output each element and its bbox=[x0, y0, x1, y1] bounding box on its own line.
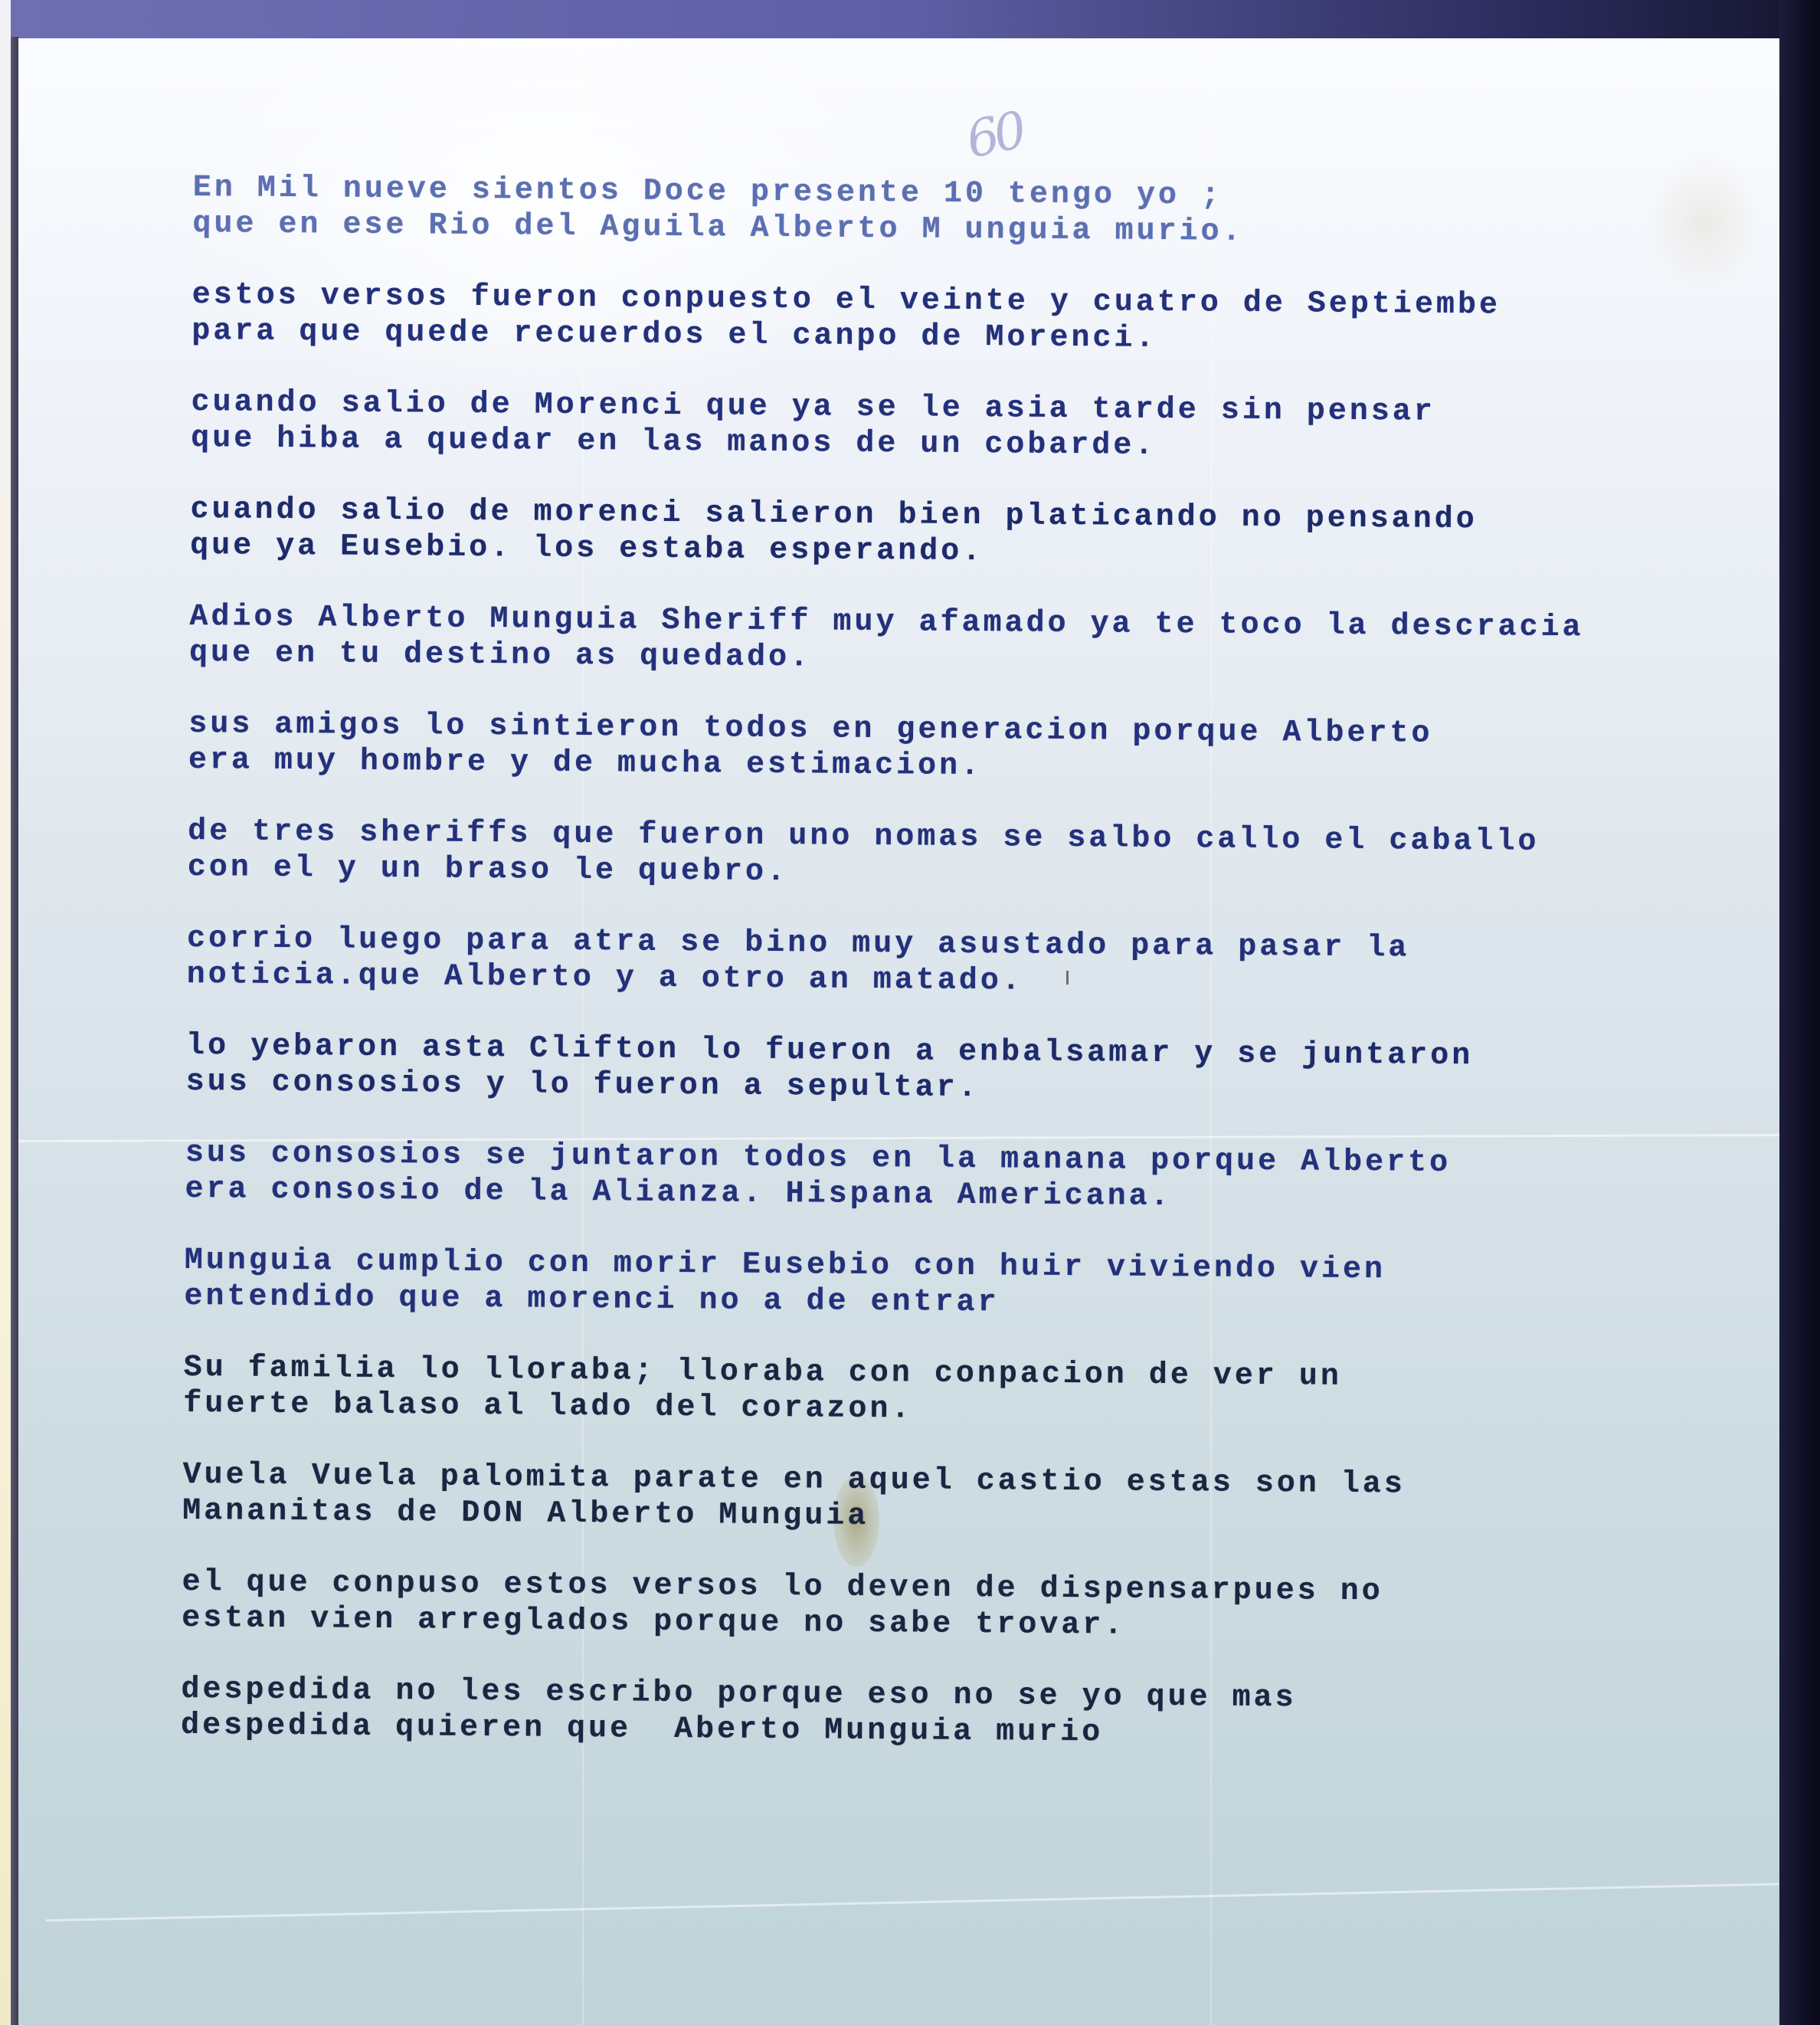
stray-typewriter-mark bbox=[1066, 971, 1069, 985]
background-right-frame bbox=[1779, 0, 1820, 2025]
stanza: estos versos fueron conpuesto el veinte … bbox=[191, 277, 1709, 362]
stanza: sus consosios se juntaron todos en la ma… bbox=[185, 1135, 1702, 1220]
stanza: En Mil nueve sientos Doce presente 10 te… bbox=[192, 170, 1710, 254]
stanza: corrio luego para atra se bino muy asust… bbox=[187, 921, 1704, 1005]
stanza: sus amigos lo sintieron todos en generac… bbox=[188, 706, 1706, 791]
stanza: cuando salio de morenci salieron bien pl… bbox=[190, 492, 1707, 576]
stanza: Su familia lo lloraba; lloraba con conpa… bbox=[183, 1350, 1701, 1434]
stanza: lo yebaron asta Clifton lo fueron a enba… bbox=[185, 1028, 1703, 1112]
stanza: Adios Alberto Munguia Sheriff muy afamad… bbox=[189, 599, 1707, 683]
typescript-verses: En Mil nueve sientos Doce presente 10 te… bbox=[181, 170, 1710, 1791]
stanza: Vuela Vuela palomita parate en aquel cas… bbox=[182, 1457, 1700, 1542]
stanza: de tres sheriffs que fueron uno nomas se… bbox=[188, 814, 1705, 898]
stanza: cuando salio de Morenci que ya se le asi… bbox=[191, 385, 1708, 469]
stanza: el que conpuso estos versos lo deven de … bbox=[182, 1565, 1699, 1649]
background-top-band bbox=[11, 0, 1820, 38]
stanza: despedida no les escribo porque eso no s… bbox=[181, 1672, 1698, 1756]
handwritten-page-number: 60 bbox=[961, 100, 1027, 169]
background-left-strip bbox=[0, 0, 11, 2025]
paper-left-edge bbox=[11, 37, 18, 2025]
stanza: Munguia cumplio con morir Eusebio con hu… bbox=[184, 1243, 1701, 1327]
